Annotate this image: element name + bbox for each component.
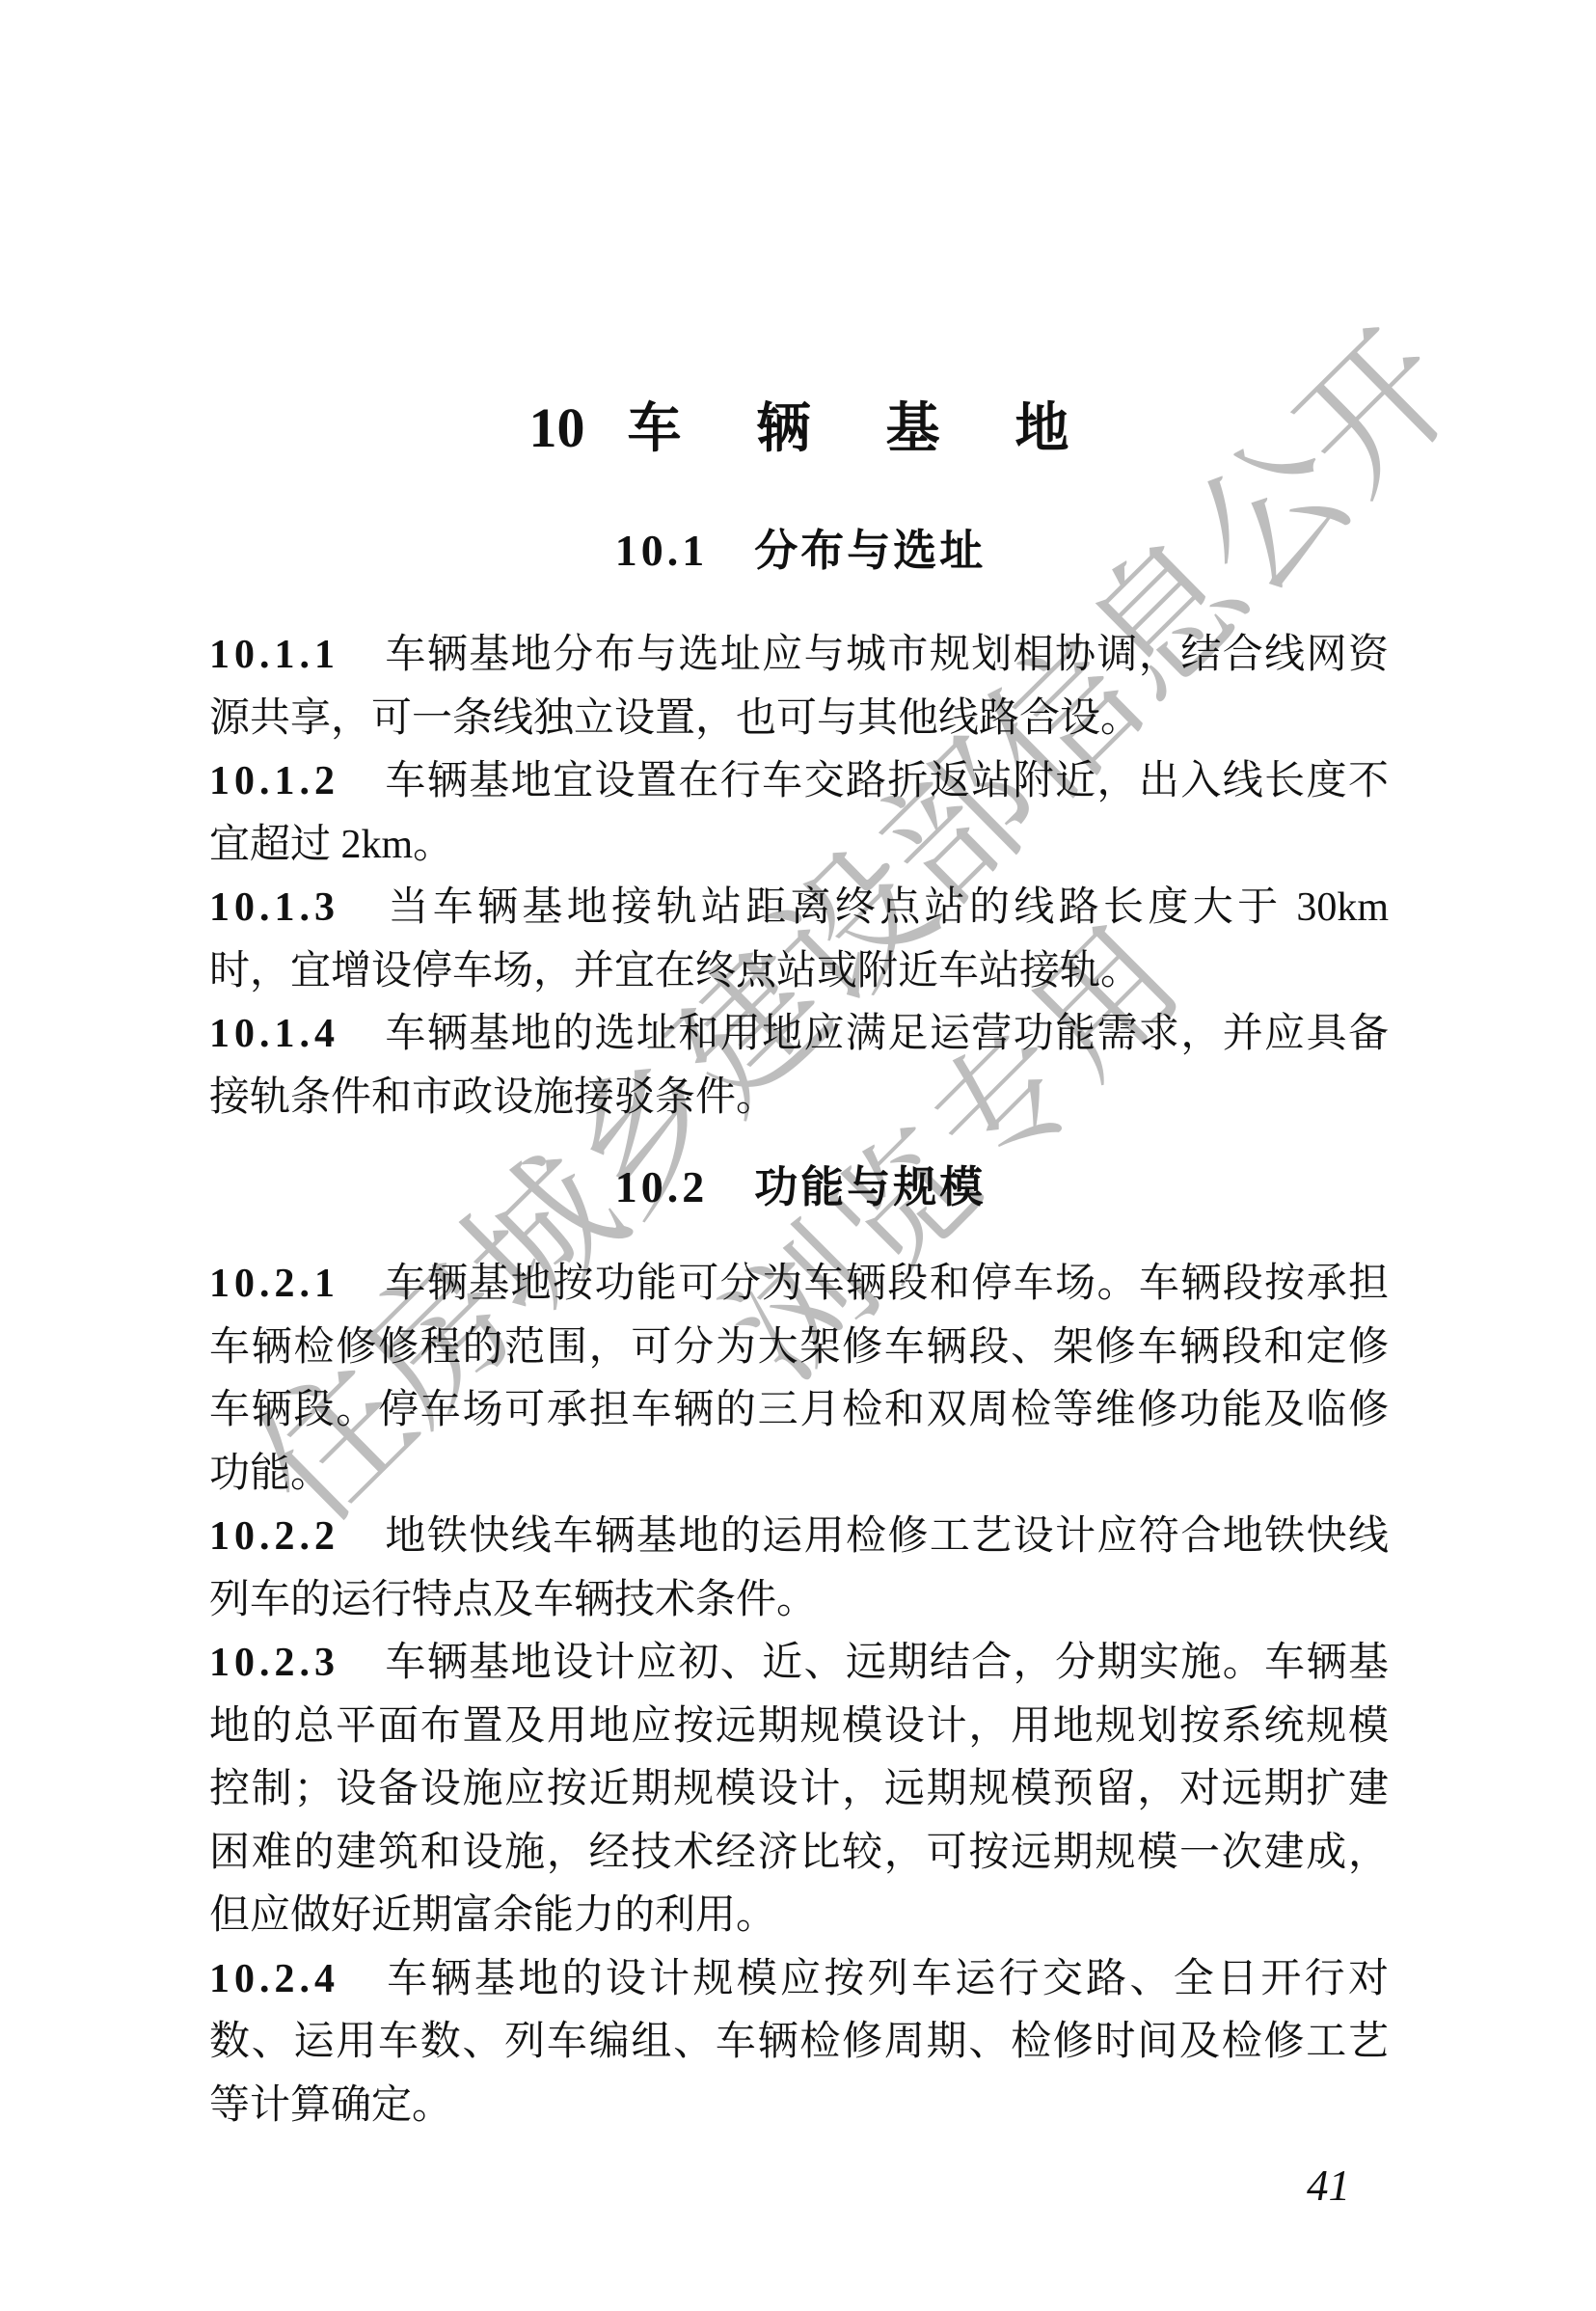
clause-line: 等计算确定。 — [209, 2075, 1389, 2138]
clause-line: 车辆检修修程的范围，可分为大架修车辆段、架修车辆段和定修 — [209, 1317, 1389, 1380]
clause-line: 困难的建筑和设施，经技术经济比较，可按远期规模一次建成， — [209, 1822, 1389, 1886]
document-page: 住房城乡建设部信息公开 浏览专用 10车辆基地 10.1分布与选址10.1.1车… — [0, 0, 1596, 2311]
chapter-title-text: 车辆基地 — [628, 399, 1145, 459]
chapter-title: 10车辆基地 — [209, 397, 1389, 474]
clause-number: 10.2.1 — [209, 1253, 339, 1317]
clause-line: 功能。 — [209, 1443, 1389, 1507]
clause-line: 但应做好近期富余能力的利用。 — [209, 1885, 1389, 1948]
clause-line: 地的总平面布置及用地应按远期规模设计，用地规划按系统规模 — [209, 1696, 1389, 1759]
clause-number: 10.2.2 — [209, 1506, 339, 1569]
clause-number: 10.1.2 — [209, 750, 339, 814]
clause-number: 10.1.1 — [209, 624, 339, 688]
clause-line: 宜超过 2km。 — [209, 814, 1389, 878]
clause-line: 10.1.4车辆基地的选址和用地应满足运营功能需求，并应具备 — [209, 1003, 1389, 1067]
clause-line: 接轨条件和市政设施接驳条件。 — [209, 1067, 1389, 1130]
clause-line: 10.2.3车辆基地设计应初、近、远期结合，分期实施。车辆基 — [209, 1632, 1389, 1696]
clause-line: 10.2.4车辆基地的设计规模应按列车运行交路、全日开行对 — [209, 1948, 1389, 2012]
clause-line: 控制；设备设施应按近期规模设计，远期规模预留，对远期扩建 — [209, 1758, 1389, 1822]
clause-line: 10.2.1车辆基地按功能可分为车辆段和停车场。车辆段按承担 — [209, 1253, 1389, 1317]
chapter-number: 10 — [529, 396, 585, 459]
section-heading-number: 10.1 — [615, 526, 709, 575]
section-heading-title: 功能与规模 — [754, 1162, 986, 1211]
section-heading-10.1: 10.1分布与选址 — [209, 527, 1389, 585]
clause-line: 10.1.1车辆基地分布与选址应与城市规划相协调，结合线网资 — [209, 624, 1389, 688]
clause-line: 10.1.2车辆基地宜设置在行车交路折返站附近，出入线长度不 — [209, 750, 1389, 814]
section-heading-10.2: 10.2功能与规模 — [209, 1163, 1389, 1222]
section-body-10.2: 10.2.1车辆基地按功能可分为车辆段和停车场。车辆段按承担车辆检修修程的范围，… — [209, 1253, 1389, 2137]
clause-number: 10.2.4 — [209, 1948, 339, 2012]
clause-number: 10.1.3 — [209, 877, 339, 940]
clause-line: 数、运用车数、列车编组、车辆检修周期、检修时间及检修工艺 — [209, 2011, 1389, 2075]
clause-number: 10.2.3 — [209, 1632, 339, 1696]
clause-line: 时，宜增设停车场，并宜在终点站或附近车站接轨。 — [209, 940, 1389, 1004]
clause-line: 10.2.2地铁快线车辆基地的运用检修工艺设计应符合地铁快线 — [209, 1506, 1389, 1569]
clause-number: 10.1.4 — [209, 1003, 339, 1067]
clause-line: 车辆段。停车场可承担车辆的三月检和双周检等维修功能及临修 — [209, 1379, 1389, 1443]
clause-line: 列车的运行特点及车辆技术条件。 — [209, 1569, 1389, 1633]
page-number: 41 — [1307, 2162, 1350, 2209]
section-heading-title: 分布与选址 — [754, 526, 986, 575]
clause-line: 10.1.3当车辆基地接轨站距离终点站的线路长度大于 30km — [209, 877, 1389, 940]
clause-line: 源共享，可一条线独立设置，也可与其他线路合设。 — [209, 688, 1389, 751]
section-body-10.1: 10.1.1车辆基地分布与选址应与城市规划相协调，结合线网资源共享，可一条线独立… — [209, 624, 1389, 1129]
section-heading-number: 10.2 — [615, 1162, 709, 1211]
